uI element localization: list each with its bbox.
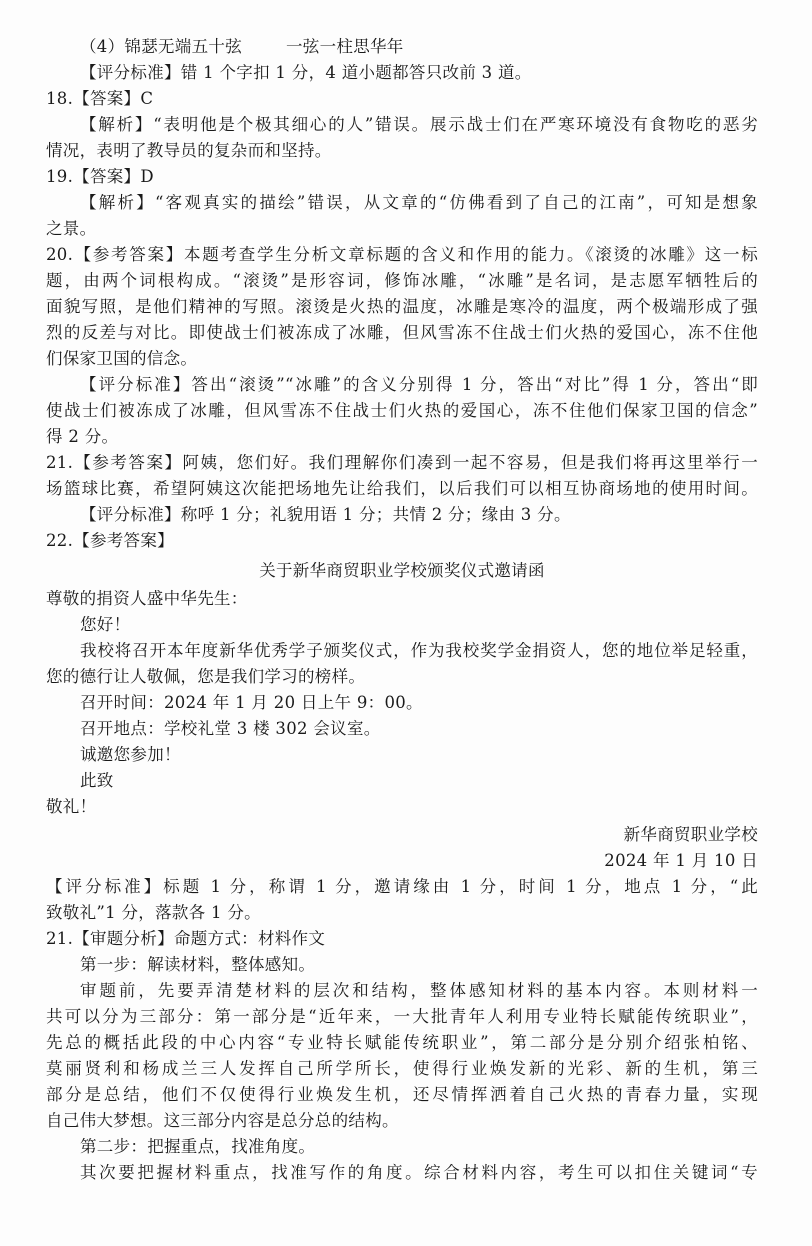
step-one-line-4: 莫丽贤利和杨成兰三人发挥自己所学所长，使得行业焕发新的光彩、新的生机，第三 <box>46 1056 758 1082</box>
essay-analysis-heading: 21.【审题分析】命题方式：材料作文 <box>46 926 758 952</box>
answer-20-line-2: 题，由两个词根构成。“滚烫”是形容词，修饰冰雕，“冰雕”是名词，是志愿军牺牲后的 <box>46 268 758 294</box>
invitation-sincerely: 诚邀您参加！ <box>80 742 758 768</box>
step-two-line-1: 其次要把握材料重点，找准写作的角度。综合材料内容，考生可以扣住关键词“专 <box>80 1160 758 1186</box>
invitation-signature: 新华商贸职业学校 <box>46 822 758 848</box>
invitation-greeting: 您好！ <box>80 612 758 638</box>
answer-20-line-3: 面貌写照，是他们精神的写照。滚烫是火热的温度，冰雕是寒冷的温度，两个极端形成了强 <box>46 294 758 320</box>
step-one-heading: 第一步：解读材料，整体感知。 <box>80 952 758 978</box>
analysis-18-line-1: 【解析】“表明他是个极其细心的人”错误。展示战士们在严寒环境没有食物吃的恶劣 <box>80 112 758 138</box>
answer-20-line-5: 们保家卫国的信念。 <box>46 346 758 372</box>
document-page: （4）锦瑟无端五十弦一弦一柱思华年 【评分标准】错 1 个字扣 1 分，4 道小… <box>0 0 812 1246</box>
scoring-criteria-17: 【评分标准】错 1 个字扣 1 分，4 道小题都答只改前 3 道。 <box>80 60 758 86</box>
answer-21-line-1: 21.【参考答案】阿姨，您们好。我们理解你们凑到一起不容易，但是我们将再这里举行… <box>46 450 758 476</box>
step-one-line-5: 部分是总结，他们不仅使得行业焕发生机，还尽情挥洒着自己火热的青春力量，实现 <box>46 1082 758 1108</box>
answer-19: 19.【答案】D <box>46 164 758 190</box>
poem-line-2: 一弦一柱思华年 <box>286 37 404 56</box>
invitation-date: 2024 年 1 月 10 日 <box>46 848 758 874</box>
answer-22-heading: 22.【参考答案】 <box>46 528 758 554</box>
scoring-criteria-20-line-1: 【评分标准】答出“滚烫”“冰雕”的含义分别得 1 分，答出“对比”得 1 分，答… <box>80 372 758 398</box>
answer-18: 18.【答案】C <box>46 86 758 112</box>
invitation-time: 召开时间：2024 年 1 月 20 日上午 9：00。 <box>80 690 758 716</box>
invitation-closing-2: 敬礼！ <box>46 794 758 820</box>
step-one-line-6: 自己伟大梦想。这三部分内容是总分总的结构。 <box>46 1108 758 1134</box>
invitation-closing-1: 此致 <box>80 768 758 794</box>
invitation-title: 关于新华商贸职业学校颁奖仪式邀请函 <box>46 558 758 584</box>
step-one-line-3: 先总的概括此段的中心内容“专业特长赋能传统职业”，第二部分是分别介绍张柏铭、 <box>46 1030 758 1056</box>
answer-20-line-4: 烈的反差与对比。即使战士们被冻成了冰雕，但风雪冻不住战士们火热的爱国心，冻不住他 <box>46 320 758 346</box>
invitation-location: 召开地点：学校礼堂 3 楼 302 会议室。 <box>80 716 758 742</box>
scoring-criteria-21: 【评分标准】称呼 1 分；礼貌用语 1 分；共情 2 分；缘由 3 分。 <box>80 502 758 528</box>
invitation-body-line-1: 我校将召开本年度新华优秀学子颁奖仪式，作为我校奖学金捐资人，您的地位举足轻重， <box>80 638 758 664</box>
poem-line-1: （4）锦瑟无端五十弦 <box>80 37 242 56</box>
scoring-criteria-20-line-2: 使战士们被冻成了冰雕，但风雪冻不住战士们火热的爱国心，冻不住他们保家卫国的信念” <box>46 398 758 424</box>
analysis-19-line-2: 之景。 <box>46 216 758 242</box>
scoring-criteria-20-line-3: 得 2 分。 <box>46 424 758 450</box>
poem-answer-line: （4）锦瑟无端五十弦一弦一柱思华年 <box>80 34 758 60</box>
invitation-salutation: 尊敬的捐资人盛中华先生： <box>46 586 758 612</box>
scoring-criteria-22-line-2: 致敬礼”1 分，落款各 1 分。 <box>46 900 758 926</box>
invitation-body-line-2: 您的德行让人敬佩，您是我们学习的榜样。 <box>46 664 758 690</box>
step-two-heading: 第二步：把握重点，找准角度。 <box>80 1134 758 1160</box>
step-one-line-2: 共可以分为三部分：第一部分是“近年来，一大批青年人利用专业特长赋能传统职业”， <box>46 1004 758 1030</box>
scoring-criteria-22-line-1: 【评分标准】标题 1 分，称谓 1 分，邀请缘由 1 分，时间 1 分，地点 1… <box>46 874 758 900</box>
analysis-18-line-2: 情况，表明了教导员的复杂而和坚持。 <box>46 138 758 164</box>
analysis-19-line-1: 【解析】“客观真实的描绘”错误，从文章的“仿佛看到了自己的江南”，可知是想象 <box>80 190 758 216</box>
answer-21-line-2: 场篮球比赛，希望阿姨这次能把场地先让给我们，以后我们可以相互协商场地的使用时间。 <box>46 476 758 502</box>
answer-20-line-1: 20.【参考答案】本题考查学生分析文章标题的含义和作用的能力。《滚烫的冰雕》这一… <box>46 242 758 268</box>
step-one-line-1: 审题前，先要弄清楚材料的层次和结构，整体感知材料的基本内容。本则材料一 <box>80 978 758 1004</box>
